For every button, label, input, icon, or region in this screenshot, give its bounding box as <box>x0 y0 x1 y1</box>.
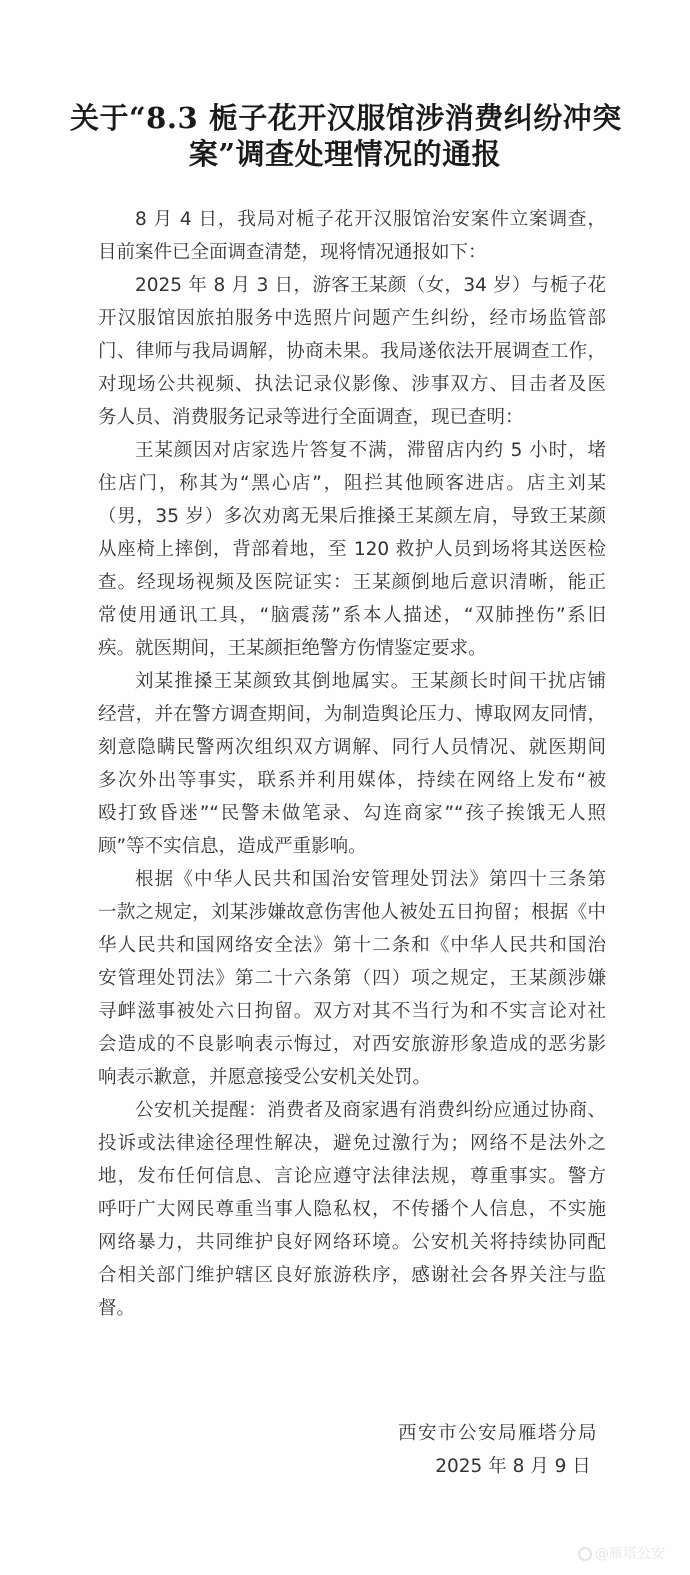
paragraph: 2025 年 8 月 3 日，游客王某颜（女，34 岁）与栀子花开汉服馆因旅拍服… <box>98 269 606 434</box>
issue-date: 2025 年 8 月 9 日 <box>398 1450 608 1483</box>
paragraph-line: 响表示歉意，并愿意接受公安机关处罚。 <box>98 1061 606 1094</box>
paragraph-line: 8 月 4 日，我局对栀子花开汉服馆治安案件立案调查， <box>98 203 606 236</box>
paragraph: 根据《中华人民共和国治安管理处罚法》第四十三条第一款之规定，刘某涉嫌故意伤害他人… <box>98 863 606 1094</box>
paragraph-line: 会造成的不良影响表示悔过，对西安旅游形象造成的恶劣影 <box>98 1028 606 1061</box>
paragraph-line: 安管理处罚法》第二十六条第（四）项之规定，王某颜涉嫌 <box>98 962 606 995</box>
paragraph-line: 常使用通讯工具，“脑震荡”系本人描述，“双肺挫伤”系旧 <box>98 599 606 632</box>
paragraph: 刘某推搡王某颜致其倒地属实。王某颜长时间干扰店铺经营，并在警方调查期间，为制造舆… <box>98 665 606 863</box>
paragraph-line: 投诉或法律途径理性解决，避免过激行为；网络不是法外之 <box>98 1127 606 1160</box>
document-title: 关于“8.3 栀子花开汉服馆涉消费纠纷冲突 案”调查处理情况的通报 <box>70 100 620 172</box>
watermark-text: @雁塔公安 <box>595 1546 665 1562</box>
paragraph-line: 刘某推搡王某颜致其倒地属实。王某颜长时间干扰店铺 <box>98 665 606 698</box>
paragraph-line: 地，发布任何信息、言论应遵守法律法规，尊重事实。警方 <box>98 1160 606 1193</box>
title-line-1: 关于“8.3 栀子花开汉服馆涉消费纠纷冲突 <box>70 100 620 136</box>
paragraph-line: 华人民共和国网络安全法》第十二条和《中华人民共和国治 <box>98 929 606 962</box>
paragraph-line: 2025 年 8 月 3 日，游客王某颜（女，34 岁）与栀子花 <box>98 269 606 302</box>
paragraph-line: 督。 <box>98 1292 606 1325</box>
paragraph-line: 一款之规定，刘某涉嫌故意伤害他人被处五日拘留；根据《中 <box>98 896 606 929</box>
paragraph-line: 公安机关提醒：消费者及商家遇有消费纠纷应通过协商、 <box>98 1094 606 1127</box>
paragraph-line: 查。经现场视频及医院证实：王某颜倒地后意识清晰，能正 <box>98 566 606 599</box>
paragraph-line: 门、律师与我局调解，协商未果。我局遂依法开展调查工作， <box>98 335 606 368</box>
paragraph: 王某颜因对店家选片答复不满，滞留店内约 5 小时，堵住店门，称其为“黑心店”，阻… <box>98 434 606 665</box>
weibo-icon <box>578 1547 592 1561</box>
paragraph-line: 目前案件已全面调查清楚，现将情况通报如下： <box>98 236 606 269</box>
watermark: @雁塔公安 <box>578 1543 665 1563</box>
paragraph-line: 务人员、消费服务记录等进行全面调查，现已查明： <box>98 401 606 434</box>
paragraph: 8 月 4 日，我局对栀子花开汉服馆治安案件立案调查，目前案件已全面调查清楚，现… <box>98 203 606 269</box>
paragraph-line: 住店门，称其为“黑心店”，阻拦其他顾客进店。店主刘某 <box>98 467 606 500</box>
paragraph-line: 寻衅滋事被处六日拘留。双方对其不当行为和不实言论对社 <box>98 995 606 1028</box>
issuing-organization: 西安市公安局雁塔分局 <box>398 1417 608 1450</box>
paragraph-line: 刻意隐瞒民警两次组织双方调解、同行人员情况、就医期间 <box>98 731 606 764</box>
paragraph-line: 多次外出等事实，联系并利用媒体，持续在网络上发布“被 <box>98 764 606 797</box>
paragraph-line: 开汉服馆因旅拍服务中选照片问题产生纠纷，经市场监管部 <box>98 302 606 335</box>
paragraph-line: 根据《中华人民共和国治安管理处罚法》第四十三条第 <box>98 863 606 896</box>
paragraph-line: 疾。就医期间，王某颜拒绝警方伤情鉴定要求。 <box>98 632 606 665</box>
paragraph-line: 经营，并在警方调查期间，为制造舆论压力、博取网友同情， <box>98 698 606 731</box>
paragraph-line: 网络暴力，共同维护良好网络环境。公安机关将持续协同配 <box>98 1226 606 1259</box>
paragraph-line: 顾”等不实信息，造成严重影响。 <box>98 830 606 863</box>
paragraph-line: （男，35 岁）多次劝离无果后推搡王某颜左肩，导致王某颜 <box>98 500 606 533</box>
title-line-2: 案”调查处理情况的通报 <box>70 136 620 172</box>
paragraph: 公安机关提醒：消费者及商家遇有消费纠纷应通过协商、投诉或法律途径理性解决，避免过… <box>98 1094 606 1325</box>
document-page: 关于“8.3 栀子花开汉服馆涉消费纠纷冲突 案”调查处理情况的通报 8 月 4 … <box>0 0 690 1575</box>
paragraph-line: 从座椅上摔倒，背部着地，至 120 救护人员到场将其送医检 <box>98 533 606 566</box>
signature-block: 西安市公安局雁塔分局 2025 年 8 月 9 日 <box>398 1417 608 1483</box>
paragraph-line: 呼吁广大网民尊重当事人隐私权，不传播个人信息，不实施 <box>98 1193 606 1226</box>
paragraph-line: 王某颜因对店家选片答复不满，滞留店内约 5 小时，堵 <box>98 434 606 467</box>
paragraph-line: 殴打致昏迷”“民警未做笔录、勾连商家”“孩子挨饿无人照 <box>98 797 606 830</box>
paragraph-line: 合相关部门维护辖区良好旅游秩序，感谢社会各界关注与监 <box>98 1259 606 1292</box>
paragraph-line: 对现场公共视频、执法记录仪影像、涉事双方、目击者及医 <box>98 368 606 401</box>
document-body: 8 月 4 日，我局对栀子花开汉服馆治安案件立案调查，目前案件已全面调查清楚，现… <box>98 203 606 1325</box>
